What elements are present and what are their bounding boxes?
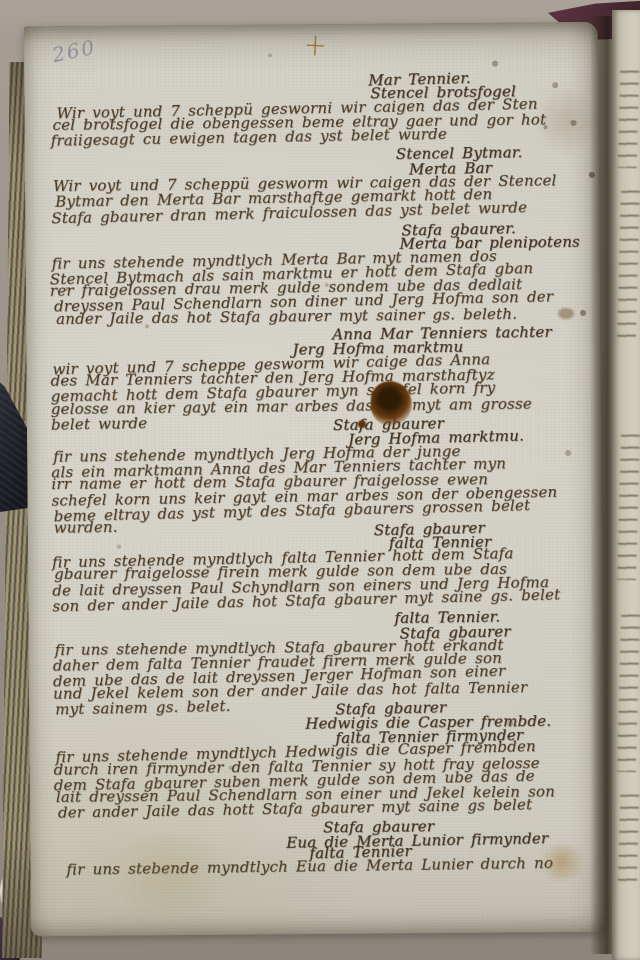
paper-stain	[96, 833, 247, 914]
paper-stain	[538, 78, 597, 164]
manuscript-entry: Anna Mar Tenniers tachterJerg Hofma mark…	[50, 323, 596, 427]
manuscript-entry: Stencel Bytmar.Merta BarWir voyt und 7 s…	[49, 143, 595, 219]
facing-page-text-fragment	[617, 612, 640, 772]
paper-stain	[536, 844, 588, 880]
fox-spots	[24, 26, 26, 28]
facing-page-text-fragment	[618, 68, 640, 168]
facing-page-text-fragment	[618, 792, 640, 888]
ink-blot-stain-small	[357, 420, 367, 429]
facing-page	[612, 10, 640, 960]
ink-blot-stain	[371, 381, 412, 425]
paper-stain	[558, 308, 574, 319]
manuscript-entry: Mar Tennier.Stencel brotsfogelWir voyt u…	[48, 68, 594, 144]
facing-page-text-fragment	[617, 432, 640, 580]
folio-number: 260	[50, 35, 98, 67]
manuscript-page: 260 + Mar Tennier.Stencel brotsfogelWir …	[24, 22, 605, 936]
cross-mark: +	[303, 27, 327, 64]
book-gutter-shadow	[590, 16, 614, 954]
manuscript-text: Mar Tennier.Stencel brotsfogelWir voyt u…	[48, 68, 599, 873]
manuscript-entry: Stafa gbaurer.Merta bar plenipotensfir u…	[49, 219, 595, 323]
facing-page-text-fragment	[617, 188, 640, 338]
photo-backdrop: 260 + Mar Tennier.Stencel brotsfogelWir …	[0, 0, 640, 960]
manuscript-entry: falta Tennier.Stafa gbaurerfir uns stehe…	[52, 607, 598, 711]
